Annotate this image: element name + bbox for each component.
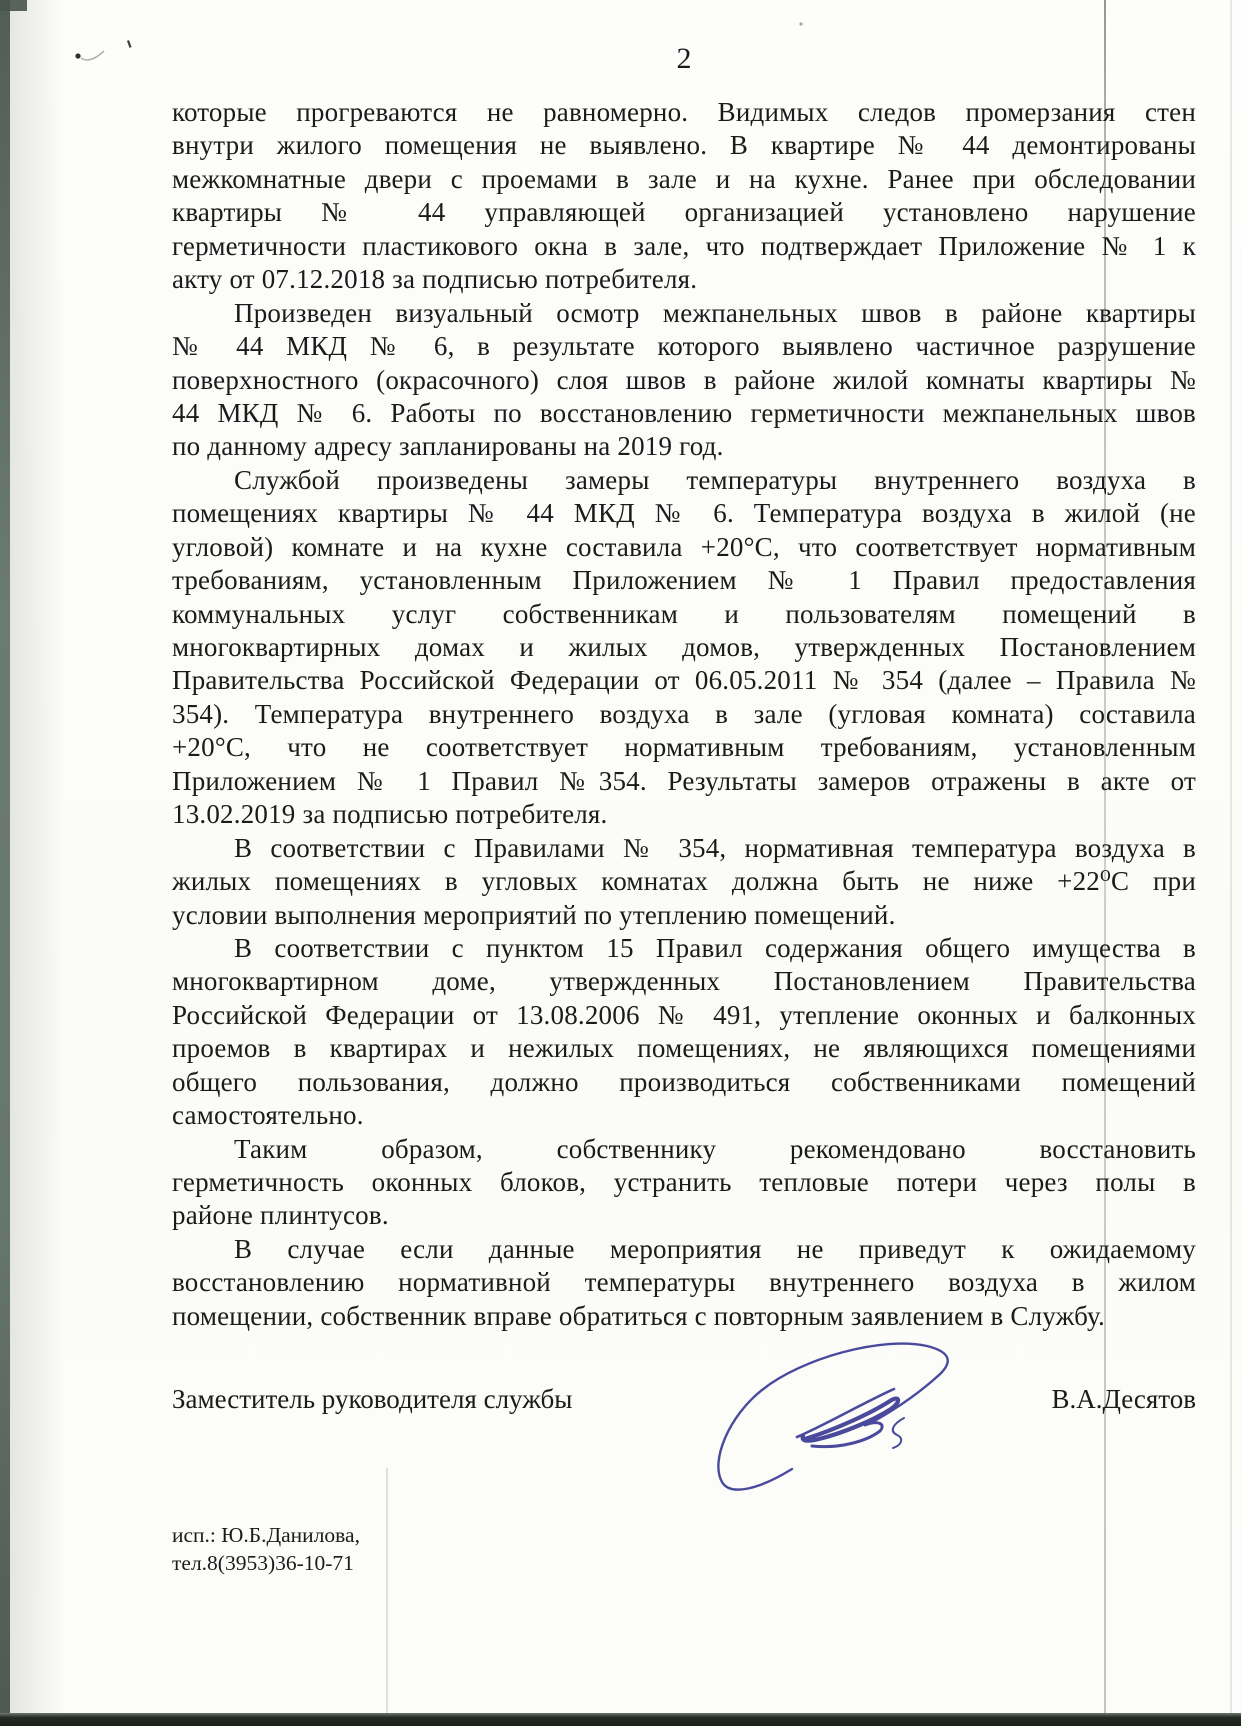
text-line: условии выполнения мероприятий по утепле… [172, 899, 1196, 932]
text-line: 354). Температура внутреннего воздуха в … [172, 698, 1196, 731]
text-line: Службой произведены замеры температуры в… [172, 464, 1196, 497]
scan-edge-shadow [10, 0, 65, 1726]
footer-block: исп.: Ю.Б.Данилова, тел.8(3953)36-10-71 [172, 1522, 360, 1577]
scan-corner-mark [0, 0, 27, 11]
scanned-document-page: 2 которые прогреваются не равномерно. Ви… [0, 0, 1241, 1726]
scan-fold-line [1230, 0, 1232, 1713]
signature-strokes [718, 1344, 947, 1490]
signature-row: Заместитель руководителя службы В.А.Деся… [172, 1384, 1196, 1415]
text-line: межкомнатные двери с проемами в зале и н… [172, 163, 1196, 196]
text-line: № 44 МКД № 6, в результате которого выяв… [172, 330, 1196, 363]
text-line: восстановлению нормативной температуры в… [172, 1266, 1196, 1299]
scan-edge-bottom [0, 1713, 1241, 1726]
text-line: В случае если данные мероприятия не прив… [172, 1233, 1196, 1266]
text-line: помещениях квартиры № 44 МКД № 6. Темпер… [172, 497, 1196, 530]
text-line: многоквартирных домах и жилых домов, утв… [172, 631, 1196, 664]
text-line: В соответствии с Правилами № 354, нормат… [172, 832, 1196, 865]
text-line: коммунальных услуг собственникам и польз… [172, 598, 1196, 631]
signature-flourish [893, 1418, 904, 1448]
text-line: квартиры № 44 управляющей организацией у… [172, 196, 1196, 229]
text-line: многоквартирном доме, утвержденных Поста… [172, 965, 1196, 998]
ink-tail [81, 51, 104, 60]
signature-oval [718, 1344, 947, 1490]
ink-tick [128, 41, 131, 48]
text-line: требованиям, установленным Приложением №… [172, 564, 1196, 597]
text-line: проемов в квартирах и нежилых помещениях… [172, 1032, 1196, 1065]
text-line: герметичности пластикового окна в зале, … [172, 230, 1196, 263]
page-number: 2 [172, 42, 1196, 76]
text-line: общего пользования, должно производиться… [172, 1066, 1196, 1099]
signature-stroke [812, 1423, 882, 1447]
ink-speck [799, 22, 802, 25]
scan-fold-line [386, 1468, 388, 1713]
scan-edge-left [0, 0, 10, 1726]
text-line: Произведен визуальный осмотр межпанельны… [172, 297, 1196, 330]
text-line: угловой) комнате и на кухне составила +2… [172, 531, 1196, 564]
text-line: акту от 07.12.2018 за подписью потребите… [172, 263, 1196, 296]
text-line: +20°С, что не соответствует нормативным … [172, 731, 1196, 764]
text-line: жилых помещениях в угловых комнатах долж… [172, 865, 1196, 898]
text-line: 44 МКД № 6. Работы по восстановлению гер… [172, 397, 1196, 430]
text-line: герметичность оконных блоков, устранить … [172, 1166, 1196, 1199]
text-line: поверхностного (окрасочного) слоя швов в… [172, 364, 1196, 397]
text-line: самостоятельно. [172, 1099, 1196, 1132]
text-line: по данному адресу запланированы на 2019 … [172, 430, 1196, 463]
text-line: помещении, собственник вправе обратиться… [172, 1300, 1196, 1333]
text-line: 13.02.2019 за подписью потребителя. [172, 798, 1196, 831]
footer-phone: тел.8(3953)36-10-71 [172, 1550, 360, 1578]
text-line: Таким образом, собственнику рекомендован… [172, 1133, 1196, 1166]
text-line: Правительства Российской Федерации от 06… [172, 664, 1196, 697]
signer-name: В.А.Десятов [1051, 1384, 1196, 1415]
ink-dot [75, 53, 80, 58]
text-line: Приложением № 1 Правил №354. Результаты … [172, 765, 1196, 798]
text-line: которые прогреваются не равномерно. Види… [172, 96, 1196, 129]
text-line: В соответствии с пунктом 15 Правил содер… [172, 932, 1196, 965]
document-body: которые прогреваются не равномерно. Види… [172, 96, 1196, 1333]
text-line: внутри жилого помещения не выявлено. В к… [172, 129, 1196, 162]
signer-position: Заместитель руководителя службы [172, 1384, 572, 1415]
text-line: районе плинтусов. [172, 1199, 1196, 1232]
footer-executor: исп.: Ю.Б.Данилова, [172, 1522, 360, 1550]
text-line: Российской Федерации от 13.08.2006 № 491… [172, 999, 1196, 1032]
